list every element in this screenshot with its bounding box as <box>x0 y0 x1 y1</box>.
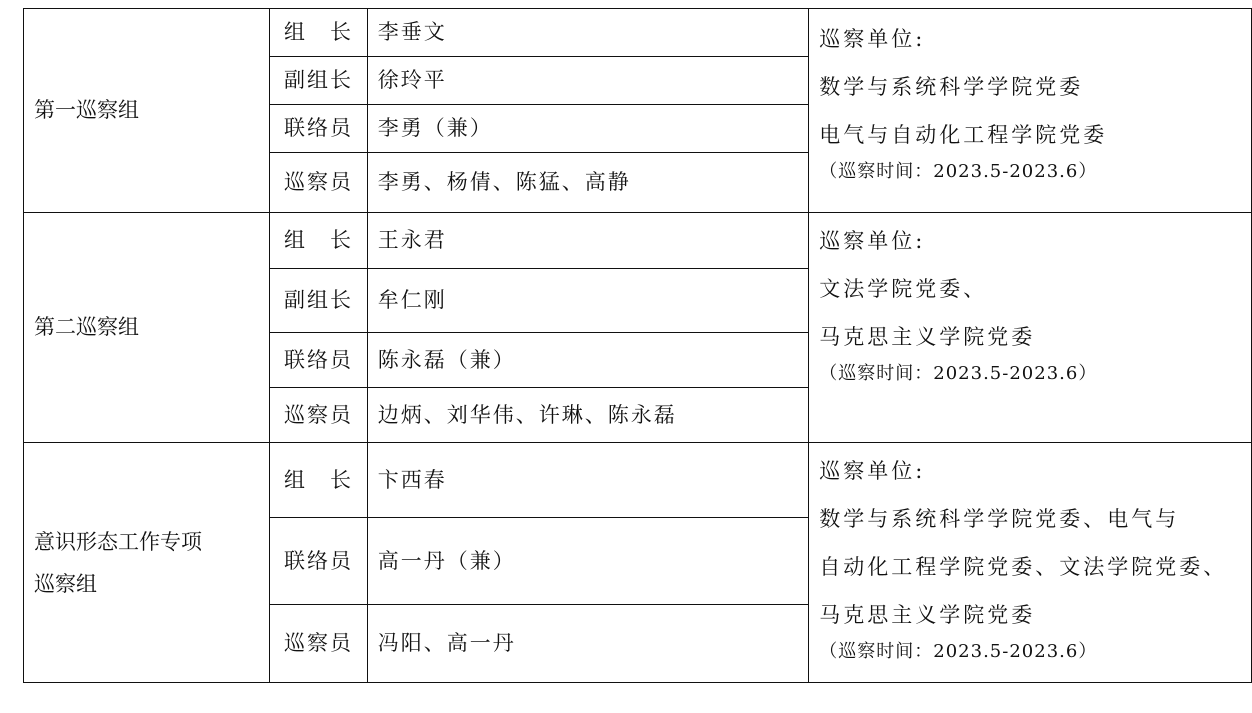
role-people: 陈永磊（兼） <box>367 333 809 388</box>
inspected-units-cell: 巡察单位: 数学与系统科学学院党委、电气与 自动化工程学院党委、文法学院党委、 … <box>809 443 1252 683</box>
inspection-period: （巡察时间：2023.5-2023.6） <box>819 365 1251 383</box>
role-people: 李勇、杨倩、陈猛、高静 <box>367 153 809 213</box>
role-label: 副组长 <box>270 269 367 333</box>
table-row: 第一巡察组 组 长 李垂文 巡察单位: 数学与系统科学学院党委 电气与自动化工程… <box>24 9 1252 57</box>
unit-item: 自动化工程学院党委、文法学院党委、 <box>819 543 1251 591</box>
table-row: 第二巡察组 组 长 王永君 巡察单位: 文法学院党委、 马克思主义学院党委 （巡… <box>24 213 1252 269</box>
role-people: 边炳、刘华伟、许琳、陈永磊 <box>367 388 809 443</box>
role-people: 王永君 <box>367 213 809 269</box>
inspection-period: （巡察时间：2023.5-2023.6） <box>819 643 1251 661</box>
role-people: 高一丹（兼） <box>367 518 809 605</box>
unit-item: 马克思主义学院党委 <box>819 591 1251 639</box>
role-label: 组 长 <box>270 213 367 269</box>
role-label: 巡察员 <box>270 153 367 213</box>
units-label: 巡察单位: <box>819 15 1251 63</box>
unit-item: 数学与系统科学学院党委 <box>819 63 1251 111</box>
role-label: 联络员 <box>270 333 367 388</box>
role-label: 副组长 <box>270 57 367 105</box>
group-name-line: 巡察组 <box>34 563 269 605</box>
unit-item: 数学与系统科学学院党委、电气与 <box>819 495 1251 543</box>
role-people: 李垂文 <box>367 9 809 57</box>
unit-item: 马克思主义学院党委 <box>819 313 1251 361</box>
group-name: 意识形态工作专项 巡察组 <box>24 443 270 683</box>
unit-item: 文法学院党委、 <box>819 265 1251 313</box>
table-row: 意识形态工作专项 巡察组 组 长 卞西春 巡察单位: 数学与系统科学学院党委、电… <box>24 443 1252 518</box>
role-people: 冯阳、高一丹 <box>367 605 809 683</box>
group-name: 第二巡察组 <box>24 213 270 443</box>
role-label: 联络员 <box>270 518 367 605</box>
units-label: 巡察单位: <box>819 447 1251 495</box>
role-label: 联络员 <box>270 105 367 153</box>
role-label: 组 长 <box>270 9 367 57</box>
role-label: 巡察员 <box>270 605 367 683</box>
role-label: 组 长 <box>270 443 367 518</box>
role-label: 巡察员 <box>270 388 367 443</box>
unit-item: 电气与自动化工程学院党委 <box>819 111 1251 159</box>
inspection-groups-table: 第一巡察组 组 长 李垂文 巡察单位: 数学与系统科学学院党委 电气与自动化工程… <box>23 8 1252 683</box>
inspection-period: （巡察时间：2023.5-2023.6） <box>819 163 1251 181</box>
role-people: 卞西春 <box>367 443 809 518</box>
inspected-units-cell: 巡察单位: 文法学院党委、 马克思主义学院党委 （巡察时间：2023.5-202… <box>809 213 1252 443</box>
group-name-line: 意识形态工作专项 <box>34 521 269 563</box>
group-name: 第一巡察组 <box>24 9 270 213</box>
role-people: 徐玲平 <box>367 57 809 105</box>
role-people: 牟仁刚 <box>367 269 809 333</box>
inspected-units-cell: 巡察单位: 数学与系统科学学院党委 电气与自动化工程学院党委 （巡察时间：202… <box>809 9 1252 213</box>
role-people: 李勇（兼） <box>367 105 809 153</box>
units-label: 巡察单位: <box>819 217 1251 265</box>
